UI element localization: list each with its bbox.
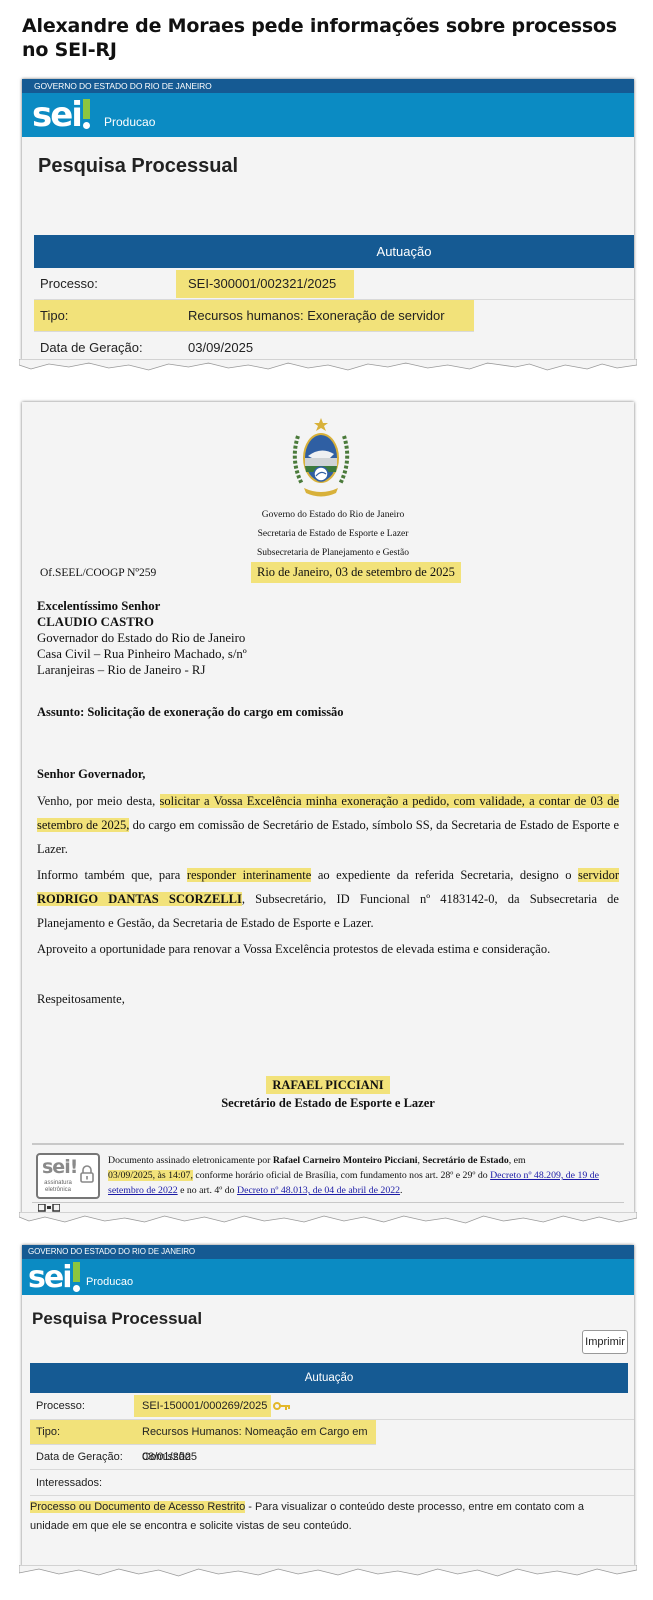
restricted-access-notice: Processo ou Documento de Acesso Restrito… — [22, 1496, 634, 1536]
key-icon — [273, 1401, 291, 1411]
official-letter: Governo do Estado do Rio de Janeiro Secr… — [22, 402, 634, 1214]
org-line: Subsecretaria de Planejamento e Gestão — [22, 548, 634, 558]
place-date: Rio de Janeiro, 03 de setembro de 2025 — [251, 562, 461, 583]
row-processo: Processo: SEI-300001/002321/2025 — [34, 268, 634, 300]
value: 08/01/2025 — [142, 1445, 197, 1470]
signer-role: Secretário de Estado de Esporte e Lazer — [22, 1096, 634, 1111]
torn-edge — [19, 359, 637, 377]
section-header: Autuação — [30, 1363, 628, 1393]
row-tipo: Tipo: Recursos humanos: Exoneração de se… — [34, 300, 474, 332]
closing: Respeitosamente, — [37, 987, 619, 1011]
org-line: Governo do Estado do Rio de Janeiro — [22, 510, 634, 520]
process-number: SEI-150001/000269/2025 — [134, 1395, 271, 1417]
gov-label: GOVERNO DO ESTADO DO RIO DE JANEIRO — [22, 1245, 634, 1259]
badge-text: assinatura eletrônica — [41, 1180, 75, 1194]
process-number: SEI-300001/002321/2025 — [176, 270, 354, 298]
label: Processo: — [40, 268, 98, 300]
torn-edge — [19, 1212, 637, 1230]
label: Tipo: — [36, 1420, 60, 1445]
divider — [32, 1202, 624, 1203]
recipient-line: Casa Civil – Rua Pinheiro Machado, s/nº — [37, 646, 247, 662]
paragraph-1: Venho, por meio desta, solicitar a Vossa… — [37, 789, 619, 861]
headline: Alexandre de Moraes pede informações sob… — [22, 14, 622, 62]
lock-icon — [80, 1165, 94, 1183]
row-interessados: Interessados: — [30, 1470, 634, 1496]
state-coat-of-arms-icon — [286, 416, 356, 500]
qr-code-icon — [38, 1204, 60, 1212]
e-signature-text: Documento assinado eletronicamente por R… — [108, 1153, 624, 1198]
subject: Assunto: Solicitação de exoneração do ca… — [37, 705, 344, 720]
recipient-line: Laranjeiras – Rio de Janeiro - RJ — [37, 662, 247, 678]
section-header: Autuação — [34, 235, 634, 268]
environment-label: Producao — [104, 115, 155, 129]
torn-edge — [19, 1565, 637, 1583]
page-title: Pesquisa Processual — [22, 1295, 634, 1339]
e-signature-badge: sei! assinatura eletrônica — [36, 1153, 100, 1199]
value: Recursos humanos: Exoneração de servidor — [188, 300, 445, 332]
sei-panel-nomeacao: GOVERNO DO ESTADO DO RIO DE JANEIRO sei … — [22, 1245, 634, 1567]
label: Processo: — [36, 1393, 85, 1420]
row-tipo: Tipo: Recursos Humanos: Nomeação em Carg… — [30, 1420, 376, 1445]
sei-header: sei Producao — [22, 1259, 634, 1295]
paragraph-3: Aproveito a oportunidade para renovar a … — [37, 937, 619, 961]
paragraph-2: Informo também que, para responder inter… — [37, 863, 619, 935]
sei-logo-icon: sei — [32, 97, 91, 133]
sei-logo-icon: sei — [28, 1260, 81, 1296]
sei-header: sei Producao — [22, 93, 634, 137]
recipient-block: Excelentíssimo Senhor CLAUDIO CASTRO Gov… — [37, 598, 247, 678]
org-line: Secretaria de Estado de Esporte e Lazer — [22, 529, 634, 539]
label: Tipo: — [40, 300, 68, 332]
page-title: Pesquisa Processual — [22, 137, 634, 235]
gov-label: GOVERNO DO ESTADO DO RIO DE JANEIRO — [22, 79, 634, 93]
print-button[interactable]: Imprimir — [582, 1330, 628, 1354]
decree-link-48013[interactable]: Decreto nº 48.013, de 04 de abril de 202… — [237, 1185, 400, 1196]
signer-name: RAFAEL PICCIANI — [22, 1078, 634, 1093]
row-data-geracao: Data de Geração: 08/01/2025 — [30, 1445, 634, 1470]
divider — [32, 1143, 624, 1145]
recipient-line: Governador do Estado do Rio de Janeiro — [37, 630, 247, 646]
label: Data de Geração: — [36, 1445, 123, 1470]
environment-label: Producao — [86, 1276, 133, 1288]
row-processo: Processo: SEI-150001/000269/2025 — [30, 1393, 634, 1420]
sei-panel-exoneracao: GOVERNO DO ESTADO DO RIO DE JANEIRO sei … — [22, 79, 634, 361]
label: Interessados: — [36, 1470, 102, 1496]
greeting: Senhor Governador, — [37, 767, 145, 782]
oficio-number: Of.SEEL/COOGP Nº259 — [40, 567, 156, 579]
salutation: Excelentíssimo Senhor — [37, 599, 160, 613]
recipient-name: CLAUDIO CASTRO — [37, 615, 154, 629]
sei-logo-icon: sei! — [42, 1156, 77, 1178]
